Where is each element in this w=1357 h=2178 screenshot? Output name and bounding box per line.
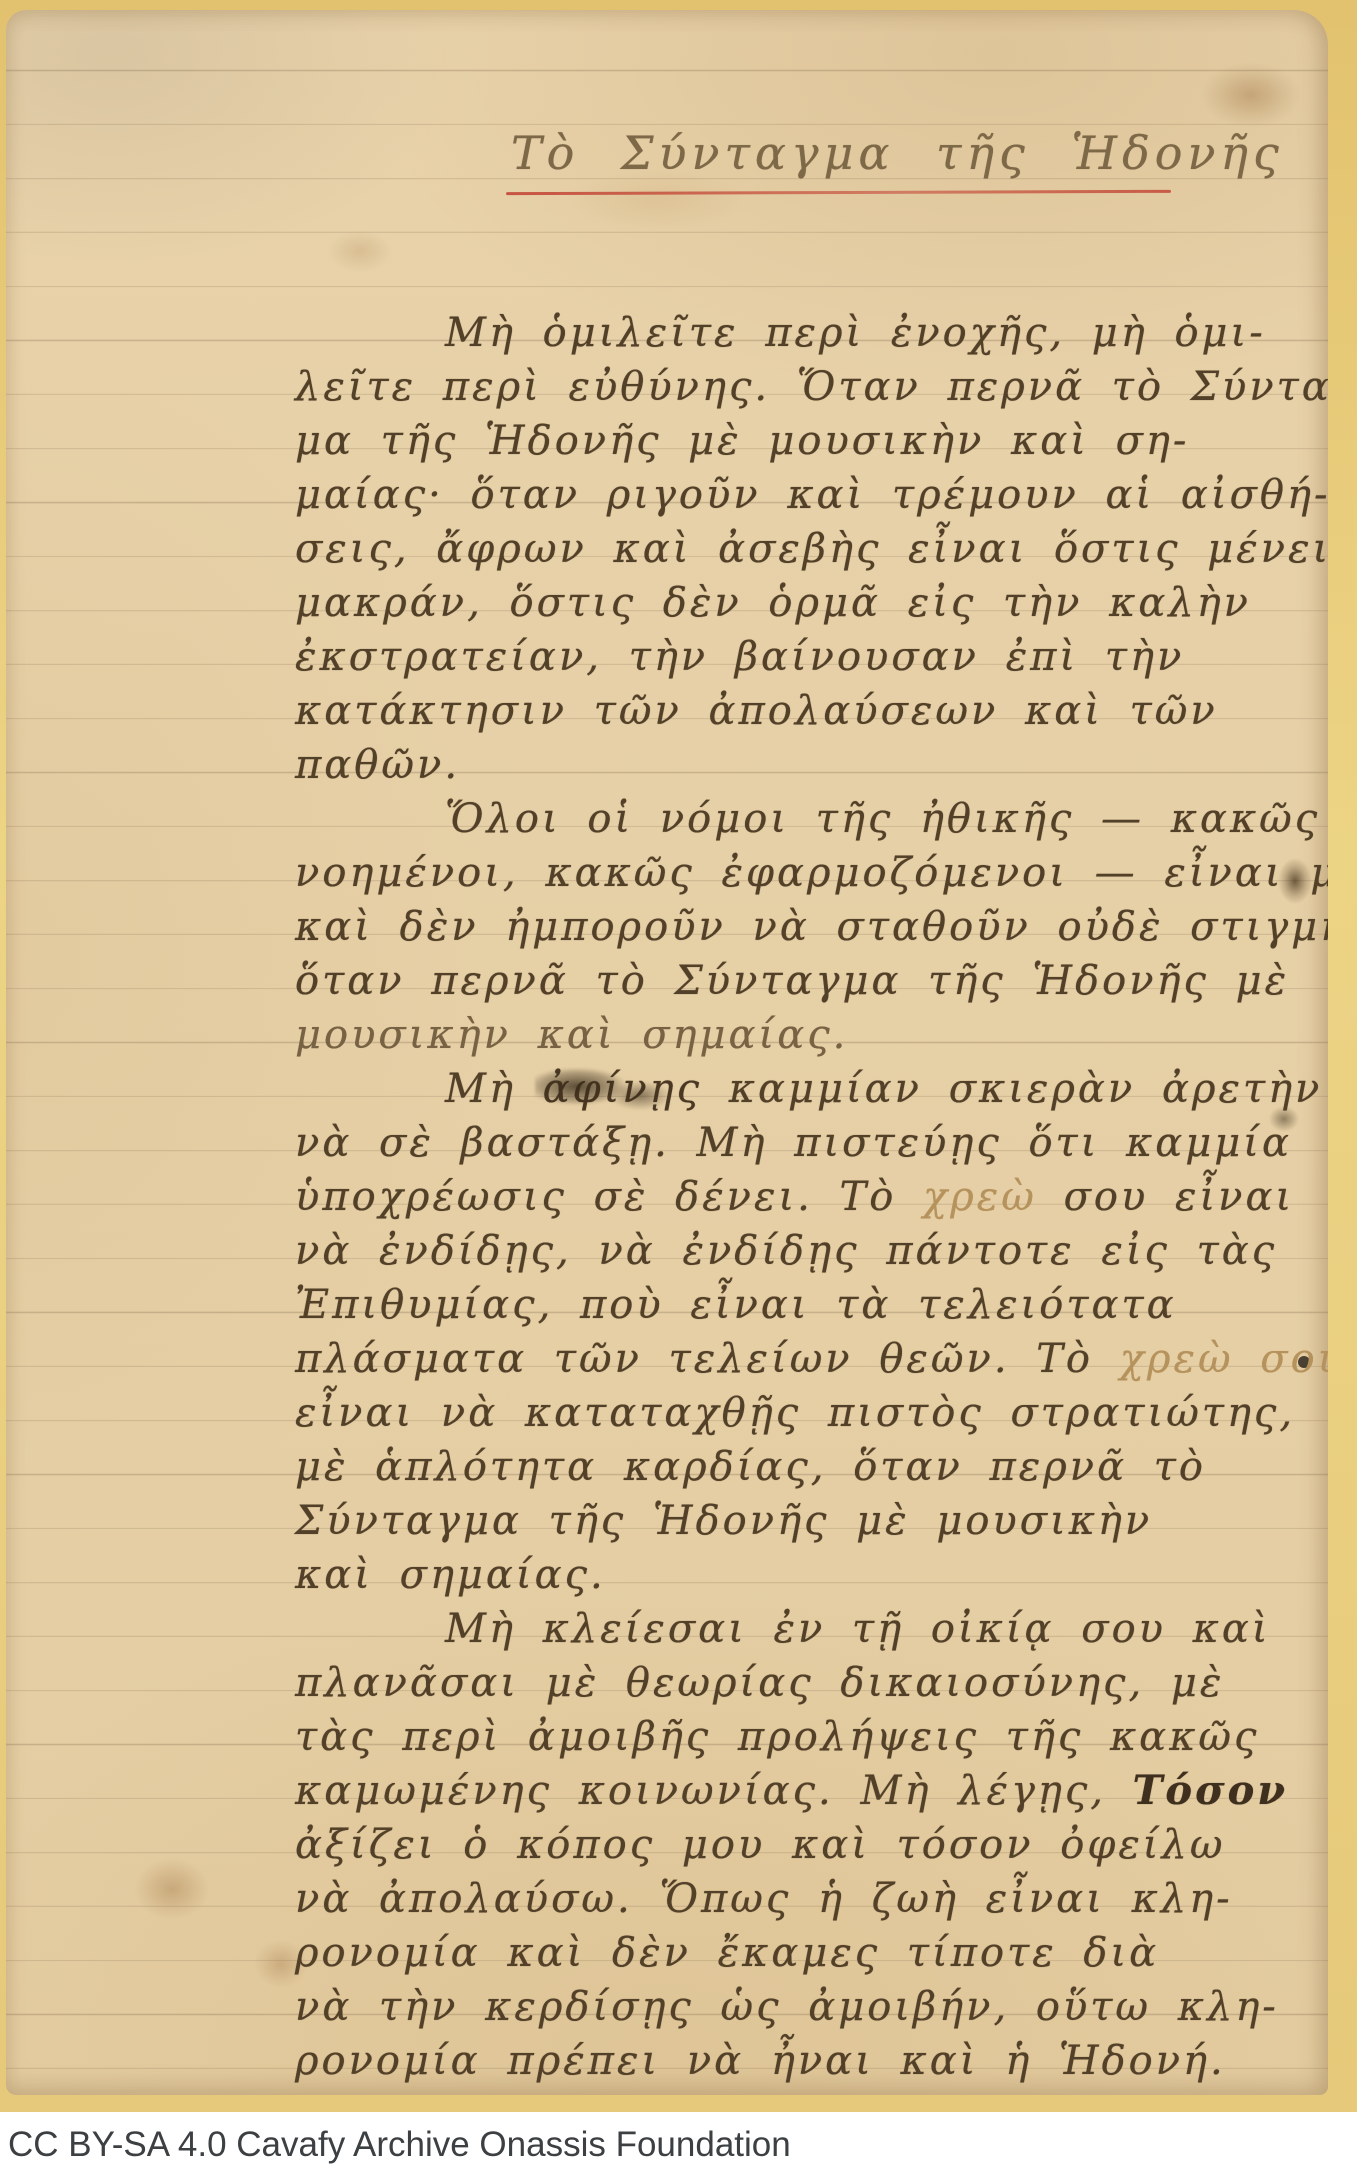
manuscript-text: Μὴ ὁμιλεῖτε περὶ ἐνοχῆς, μὴ ὁμι-λεῖτε πε… (295, 306, 1328, 2088)
manuscript-line: μὲ ἁπλότητα καρδίας, ὅταν περνᾶ τὸ (295, 1440, 1328, 1494)
manuscript-line: καὶ σημαίας. (295, 1548, 1328, 1602)
manuscript-line: ἀξίζει ὁ κόπος μου καὶ τόσον ὀφείλω (295, 1818, 1328, 1872)
manuscript-line: Ὅλοι οἱ νόμοι τῆς ἠθικῆς — κακῶς (295, 792, 1328, 846)
manuscript-line: εἶναι νὰ καταταχθῇς πιστὸς στρατιώτης, (295, 1386, 1328, 1440)
manuscript-line: πλανᾶσαι μὲ θεωρίας δικαιοσύνης, μὲ (295, 1656, 1328, 1710)
manuscript-line: μακράν, ὅστις δὲν ὁρμᾶ εἰς τὴν καλὴν (295, 576, 1328, 630)
manuscript-line: μαίας· ὅταν ριγοῦν καὶ τρέμουν αἱ αἰσθή- (295, 468, 1328, 522)
manuscript-line: κατάκτησιν τῶν ἀπολαύσεων καὶ τῶν (295, 684, 1328, 738)
caption-strip: CC BY-SA 4.0 Cavafy Archive Onassis Foun… (0, 2112, 1357, 2178)
manuscript-line: Μὴ ἀφίνῃς καμμίαν σκιερὰν ἀρετὴν (295, 1062, 1328, 1116)
manuscript-line: νὰ σὲ βαστάξῃ. Μὴ πιστεύῃς ὅτι καμμία (295, 1116, 1328, 1170)
manuscript-line: νὰ ἀπολαύσω. Ὅπως ἡ ζωὴ εἶναι κλη- (295, 1872, 1328, 1926)
manuscript-line: παθῶν. (295, 738, 1328, 792)
manuscript-line: ρονομία καὶ δὲν ἔκαμες τίποτε διὰ (295, 1926, 1328, 1980)
manuscript-line: ὑποχρέωσις σὲ δένει. Τὸ χρεὼ σου εἶναι (295, 1170, 1328, 1224)
manuscript-line: Σύνταγμα τῆς Ἡδονῆς μὲ μουσικὴν (295, 1494, 1328, 1548)
manuscript-line: ρονομία πρέπει νὰ ἦναι καὶ ἡ Ἡδονή. (295, 2034, 1328, 2088)
scanned-manuscript-page: Τὸ Σύνταγμα τῆς Ἡδονῆς Μὴ ὁμιλεῖτε περὶ … (0, 0, 1357, 2178)
manuscript-line: μουσικὴν καὶ σημαίας. (295, 1008, 1328, 1062)
manuscript-line: σεις, ἄφρων καὶ ἀσεβὴς εἶναι ὅστις μένει (295, 522, 1328, 576)
manuscript-line: ἐκστρατείαν, τὴν βαίνουσαν ἐπὶ τὴν (295, 630, 1328, 684)
manuscript-title: Τὸ Σύνταγμα τῆς Ἡδονῆς (511, 122, 1284, 184)
manuscript-line: Μὴ κλείεσαι ἐν τῇ οἰκίᾳ σου καὶ (295, 1602, 1328, 1656)
manuscript-line: πλάσματα τῶν τελείων θεῶν. Τὸ χρεὼ σου (295, 1332, 1328, 1386)
manuscript-line: καὶ δὲν ἠμποροῦν νὰ σταθοῦν οὐδὲ στιγμήν… (295, 900, 1328, 954)
manuscript-line: τὰς περὶ ἀμοιβῆς προλήψεις τῆς κακῶς (295, 1710, 1328, 1764)
manuscript-line: Ἐπιθυμίας, ποὺ εἶναι τὰ τελειότατα (295, 1278, 1328, 1332)
license-credit-text: CC BY-SA 4.0 Cavafy Archive Onassis Foun… (8, 2120, 791, 2170)
manuscript-line: λεῖτε περὶ εὐθύνης. Ὅταν περνᾶ τὸ Σύνταγ… (295, 360, 1328, 414)
manuscript-paper: Τὸ Σύνταγμα τῆς Ἡδονῆς Μὴ ὁμιλεῖτε περὶ … (6, 10, 1328, 2095)
manuscript-line: νὰ ἐνδίδῃς, νὰ ἐνδίδῃς πάντοτε εἰς τὰς (295, 1224, 1328, 1278)
manuscript-line: νὰ τὴν κερδίσῃς ὡς ἀμοιβήν, οὕτω κλη- (295, 1980, 1328, 2034)
manuscript-line: ὅταν περνᾶ τὸ Σύνταγμα τῆς Ἡδονῆς μὲ (295, 954, 1328, 1008)
manuscript-line: Μὴ ὁμιλεῖτε περὶ ἐνοχῆς, μὴ ὁμι- (295, 306, 1328, 360)
manuscript-line: μα τῆς Ἡδονῆς μὲ μουσικὴν καὶ ση- (295, 414, 1328, 468)
manuscript-line: καμωμένης κοινωνίας. Μὴ λέγῃς, Τόσον (295, 1764, 1328, 1818)
manuscript-line: νοημένοι, κακῶς ἐφαρμοζόμενοι — εἶναι μη… (295, 846, 1328, 900)
